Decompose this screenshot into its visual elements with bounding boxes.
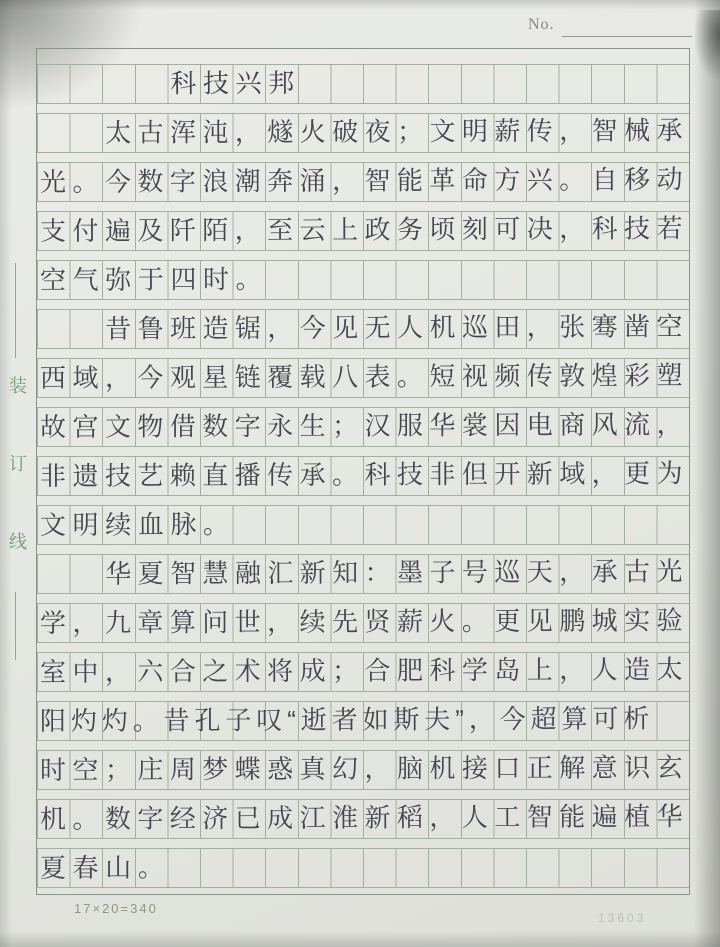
grid-row: 夏春山。 [37,848,689,888]
handwritten-line: 华夏智慧融汇新知：墨子号巡天，承古光 [37,552,689,593]
grid-row: 华夏智慧融汇新知：墨子号巡天，承古光 [37,554,689,594]
grid-row: 西域，今观星链覆载八表。短视频传敦煌彩塑 [37,358,689,398]
grid-row: 室中，六合之术将成；合肥科学岛上，人造太 [37,652,689,692]
handwritten-line: 非遗技艺赖直播传承。科技非但开新域，更为 [37,454,689,495]
binding-char-xian: 线 [7,528,29,554]
page-number-underline [562,36,692,37]
handwritten-line: 西域，今观星链覆载八表。短视频传敦煌彩塑 [37,356,689,397]
handwritten-line: 故宫文物借数字永生；汉服华裳因电商风流， [37,405,689,446]
grid-row: 光。今数字浪潮奔涌，智能革命方兴。自移动 [37,162,689,202]
photo-shadow-top [0,0,720,10]
binding-char-zhuang: 装 [7,372,29,398]
paper-print-code: 13603 [598,911,646,925]
binding-char-ding: 订 [7,450,29,476]
handwritten-line: 太古浑沌，燧火破夜；文明薪传，智械承 [37,111,689,152]
grid-row: 科技兴邦 [37,64,689,104]
grid-row: 机。数字经济已成江淮新稻，人工智能遍植华 [37,799,689,839]
binding-dash-bottom [15,592,16,660]
grid-capacity-formula: 17×20=340 [74,901,158,916]
grid-row: 空气弥于四时。 [37,260,689,300]
handwritten-line: 机。数字经济已成江淮新稻，人工智能遍植华 [37,797,689,838]
handwritten-line: 学，九章算问世，续先贤薪火。更见鹏城实验 [37,601,689,642]
handwritten-line: 昔鲁班造锯，今见无人机巡田，张骞凿空 [37,307,689,348]
manuscript-rows: 科技兴邦太古浑沌，燧火破夜；文明薪传，智械承光。今数字浪潮奔涌，智能革命方兴。自… [37,64,689,888]
grid-row: 非遗技艺赖直播传承。科技非但开新域，更为 [37,456,689,496]
handwritten-line: 支付遍及阡陌，至云上政务顷刻可决，科技若 [37,209,689,250]
handwritten-line: 阳灼灼。昔孔子叹“逝者如斯夫”，今超算可析 [37,699,689,740]
grid-row: 文明续血脉。 [37,505,689,545]
grid-row: 支付遍及阡陌，至云上政务顷刻可决，科技若 [37,211,689,251]
photo-shadow-right-notch [694,10,720,80]
grid-row: 故宫文物借数字永生；汉服华裳因电商风流， [37,407,689,447]
page-number-label: No. [528,16,555,34]
handwritten-line: 时空；庄周梦蝶惑真幻，脑机接口正解意识玄 [37,748,689,789]
handwritten-line: 光。今数字浪潮奔涌，智能革命方兴。自移动 [37,160,689,201]
binding-dash-top [15,263,16,358]
photo-shadow-right [694,0,720,947]
grid-row: 学，九章算问世，续先贤薪火。更见鹏城实验 [37,603,689,643]
grid-row: 昔鲁班造锯，今见无人机巡田，张骞凿空 [37,309,689,349]
grid-row: 太古浑沌，燧火破夜；文明薪传，智械承 [37,113,689,153]
handwritten-line: 夏春山。 [37,846,689,887]
grid-row: 时空；庄周梦蝶惑真幻，脑机接口正解意识玄 [37,750,689,790]
photo-shadow-bottom [0,931,720,947]
essay-title: 科技兴邦 [37,62,689,103]
handwritten-line: 文明续血脉。 [37,503,689,544]
grid-row: 阳灼灼。昔孔子叹“逝者如斯夫”，今超算可析 [37,701,689,741]
manuscript-grid: 科技兴邦太古浑沌，燧火破夜；文明薪传，智械承光。今数字浪潮奔涌，智能革命方兴。自… [36,48,690,895]
handwritten-line: 空气弥于四时。 [37,258,689,299]
handwritten-line: 室中，六合之术将成；合肥科学岛上，人造太 [37,650,689,691]
